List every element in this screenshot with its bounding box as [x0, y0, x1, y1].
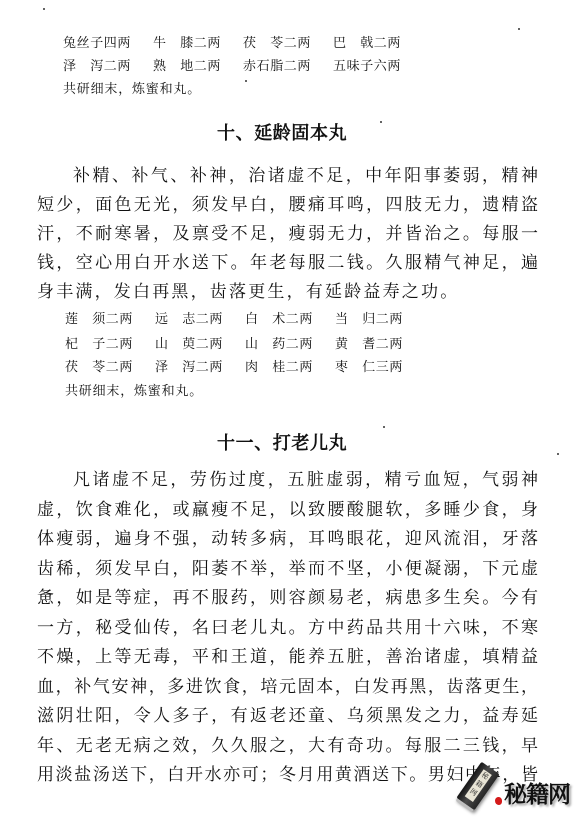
ingredient: 当 归二两	[335, 312, 405, 328]
paragraph-line: 钱，空心用白开水送下。年老每服二钱。久服精气神足，遍	[37, 253, 538, 273]
paragraph-line: 用淡盐汤送下，白开水亦可；冬月用黄酒送下。男妇中年，皆	[37, 765, 538, 785]
ingredient: 牛 膝二两	[153, 36, 223, 52]
paragraph-line: 短少，面色无光，须发早白，腰痛耳鸣，四肢无力，遗精盗	[37, 195, 538, 215]
paragraph-line: 体瘦弱，遍身不强，动转多病，耳鸣眼花，迎风流泪，牙落	[37, 529, 538, 549]
scan-speck	[380, 121, 382, 123]
paragraph-line: 年、无老无病之效，久久服之，大有奇功。每服二三钱，早	[37, 736, 538, 756]
paragraph-line: 一方，秘受仙传，名曰老儿丸。方中药品共用十六味，不寒	[37, 618, 538, 638]
ingredient: 泽 泻二两	[63, 59, 133, 75]
paragraph-line: 虚，饮食难化，或羸瘦不足，以致腰酸腿软，多睡少食，身	[37, 500, 538, 520]
ingredient-row: 泽 泻二两 熟 地二两 赤石脂二两 五味子六两	[63, 59, 443, 75]
ingredient: 五味子六两	[333, 59, 403, 75]
document-page: 兔丝子四两 牛 膝二两 茯 苓二两 巴 戟二两 泽 泻二两 熟 地二两 赤石脂二…	[0, 0, 587, 819]
paragraph-line: 凡诸虚不足，劳伤过度，五脏虚弱，精亏血短，气弱神	[73, 470, 538, 490]
paragraph-line: 补精、补气、补神，治诸虚不足，中年阳事萎弱，精神	[73, 166, 538, 186]
ingredient: 茯 苓二两	[65, 360, 135, 376]
ingredient: 山 萸二两	[155, 337, 225, 353]
paragraph-line: 滋阴壮阳，令人多子，有返老还童、乌须黑发之力，益寿延	[37, 706, 538, 726]
scan-speck	[43, 8, 45, 10]
ingredient: 莲 须二两	[65, 312, 135, 328]
ingredient: 巴 戟二两	[333, 36, 403, 52]
ingredient: 熟 地二两	[153, 59, 223, 75]
ingredient-row: 杞 子二两 山 萸二两 山 药二两 黄 耆二两	[65, 337, 445, 353]
watermark-logo-text: 秘籍网	[504, 781, 570, 809]
ingredient: 白 术二两	[245, 312, 315, 328]
scan-speck	[245, 80, 247, 82]
ingredient-row: 莲 须二两 远 志二两 白 术二两 当 归二两	[65, 312, 445, 328]
scan-speck	[518, 28, 520, 30]
scan-speck	[557, 453, 559, 455]
red-dot-icon	[495, 797, 502, 805]
paragraph-line: 齿稀，须发早白，阳萎不举，举而不坚，小便凝溺，下元虚	[37, 559, 538, 579]
paragraph-line: 不燥，上等无毒，平和王道，能养五脏，善治诸虚，填精益	[37, 647, 538, 667]
ingredient: 杞 子二两	[65, 337, 135, 353]
ingredient-row: 兔丝子四两 牛 膝二两 茯 苓二两 巴 戟二两	[63, 36, 443, 52]
ingredient: 赤石脂二两	[243, 59, 313, 75]
ingredient: 远 志二两	[155, 312, 225, 328]
paragraph-line: 汗，不耐寒暑，及禀受不足，瘦弱无力，并皆治之。每服一	[37, 224, 538, 244]
scan-speck	[383, 426, 385, 428]
ingredient: 山 药二两	[245, 337, 315, 353]
ingredient: 泽 泻二两	[155, 360, 225, 376]
section-title: 十、延龄固本丸	[217, 123, 347, 145]
paragraph-line: 血，补气安神，多进饮食，培元固本，白发再黑，齿落更生，	[37, 677, 538, 697]
ingredient: 茯 苓二两	[243, 36, 313, 52]
ingredient: 肉 桂二两	[245, 360, 315, 376]
preparation-note: 共研细末，炼蜜和丸。	[63, 82, 201, 98]
ingredient: 枣 仁三两	[335, 360, 405, 376]
section-title: 十一、打老儿丸	[217, 433, 347, 455]
paragraph-line: 惫，如是等症，再不服药，则容颜易老，病患多生矣。今有	[37, 588, 538, 608]
paragraph-line: 身丰满，发白再黑，齿落更生，有延龄益寿之功。	[37, 282, 538, 302]
preparation-note: 共研细末，炼蜜和丸。	[65, 384, 203, 400]
ingredient: 黄 耆二两	[335, 337, 405, 353]
ingredient: 兔丝子四两	[63, 36, 133, 52]
ingredient-row: 茯 苓二两 泽 泻二两 肉 桂二两 枣 仁三两	[65, 360, 445, 376]
